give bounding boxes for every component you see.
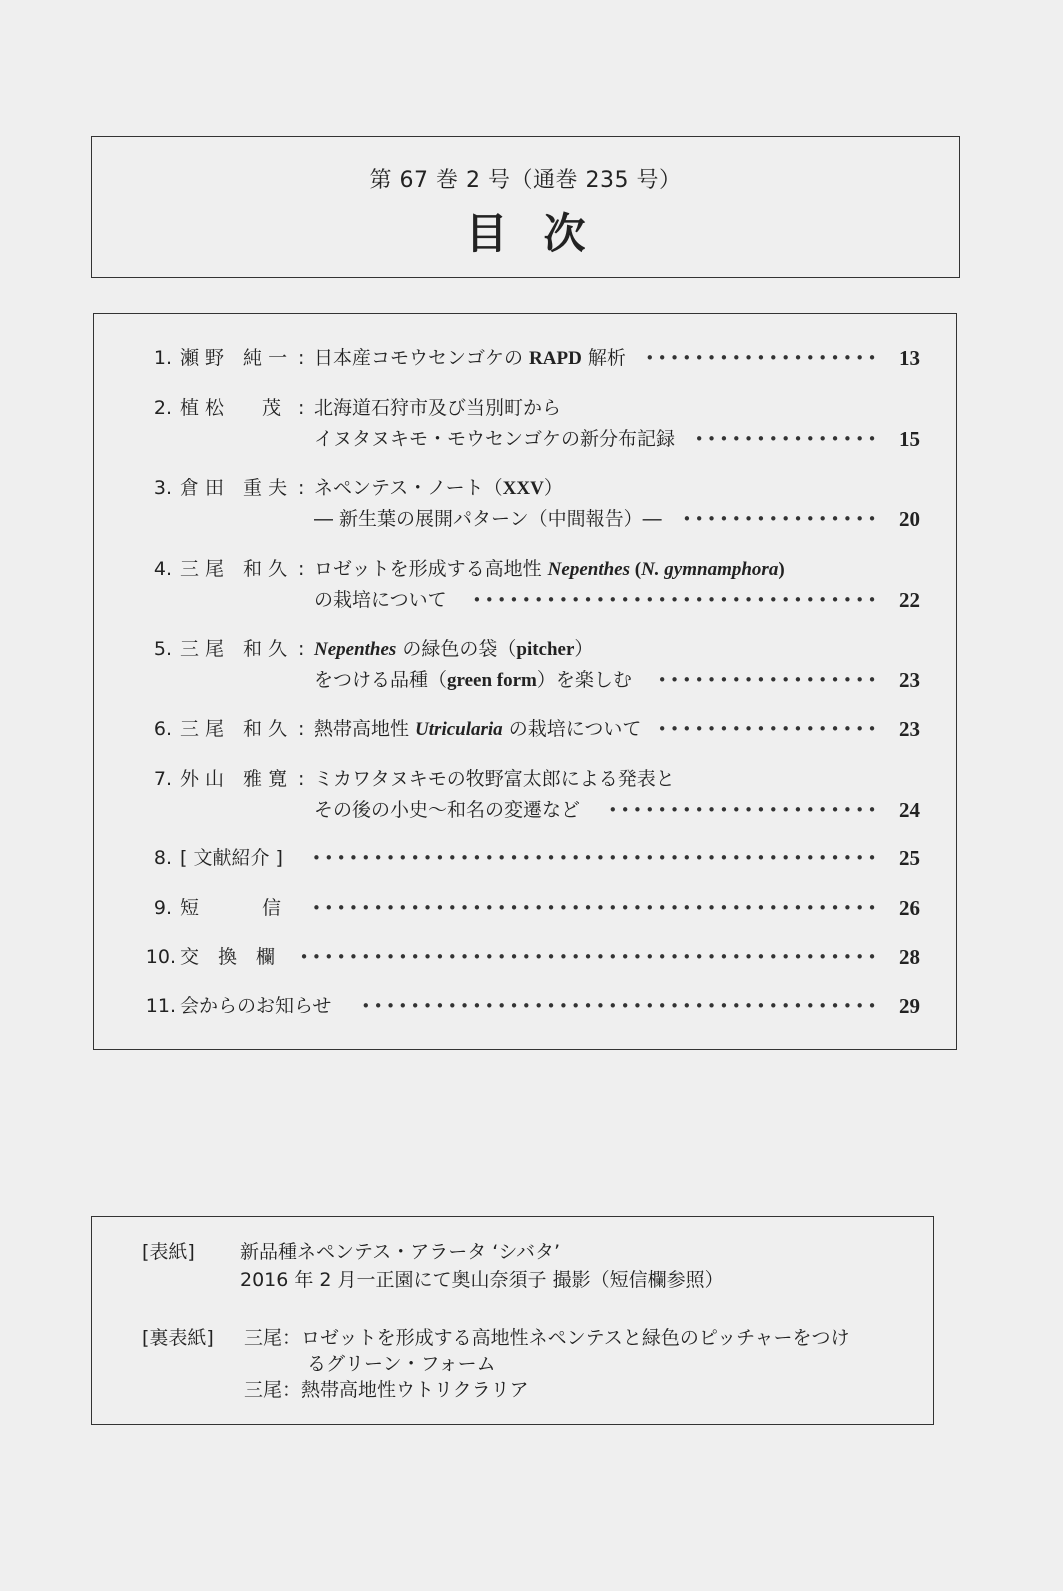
entry-number: 7.: [134, 765, 172, 793]
cover-line-1: 新品種ネペンテス・アラータ ‘シバタ’: [240, 1237, 560, 1264]
title-fragment: ミカワタヌキモの牧野富太郎による発表と: [314, 768, 675, 790]
entry-author: 外 山 雅 寛: [180, 765, 298, 793]
toc-line: 1.瀬 野 純 一:日本産コモウセンゴケの RAPD 解析•••••••••••…: [94, 344, 956, 372]
title-fragment: Nepenthes: [548, 559, 630, 580]
title-fragment: ロゼットを形成する高地性: [314, 558, 548, 580]
author-colon: :: [298, 555, 304, 583]
back-cover-line-2: るグリーン・フォーム: [307, 1349, 496, 1376]
entry-number: 5.: [134, 635, 172, 663]
title-fragment: RAPD: [529, 348, 582, 369]
toc-entry[interactable]: 1.瀬 野 純 一:日本産コモウセンゴケの RAPD 解析•••••••••••…: [94, 344, 956, 375]
title-fragment: green form: [447, 670, 537, 691]
entry-author: 三 尾 和 久: [180, 555, 298, 583]
page-title: 目次: [92, 201, 959, 261]
toc-line: 8.[ 文献紹介 ]••••••••••••••••••••••••••••••…: [94, 844, 956, 872]
table-of-contents: 1.瀬 野 純 一:日本産コモウセンゴケの RAPD 解析•••••••••••…: [93, 313, 957, 1050]
entry-author: 三 尾 和 久: [180, 635, 298, 663]
dot-leader: ••••••••••••••••••••••••••••••••••••••••…: [342, 992, 880, 1020]
title-fragment: ネペンテス・ノート（: [314, 477, 503, 499]
title-fragment: ): [778, 559, 784, 580]
dot-leader: ••••••••••••••••••: [652, 715, 880, 743]
entry-title-line: ネペンテス・ノート（XXV）: [314, 474, 563, 503]
entry-author: 倉 田 重 夫: [180, 474, 298, 502]
entry-number: 8.: [134, 844, 172, 872]
toc-line: 2.植 松 茂:北海道石狩市及び当別町から: [94, 394, 956, 422]
page-number: 28: [890, 943, 920, 971]
dot-leader: ••••••••••••••••••••••••••••••••••••••••…: [286, 943, 880, 971]
entry-title-line: ― 新生葉の展開パターン（中間報告）―: [314, 505, 662, 533]
entry-number: 10.: [130, 943, 176, 971]
dot-leader: •••••••••••••••: [686, 425, 880, 453]
title-fragment: Nepenthes: [314, 639, 396, 660]
entry-label: [ 文献紹介 ]: [180, 844, 283, 872]
toc-entry[interactable]: 6.三 尾 和 久:熱帯高地性 Utricularia の栽培について•••••…: [94, 715, 956, 746]
title-fragment: 熱帯高地性: [314, 718, 415, 740]
title-fragment: ）: [544, 477, 563, 499]
toc-line: の栽培について•••••••••••••••••••••••••••••••••…: [94, 586, 956, 614]
cover-notes-box: [表紙] 新品種ネペンテス・アラータ ‘シバタ’ 2016 年 2 月一正園にて…: [91, 1216, 934, 1425]
entry-number: 9.: [134, 894, 172, 922]
title-fragment: の緑色の袋（: [396, 638, 516, 660]
dot-leader: ••••••••••••••••: [673, 505, 880, 533]
title-fragment: Utricularia: [415, 719, 503, 740]
entry-title-line: イヌタヌキモ・モウセンゴケの新分布記録: [314, 425, 675, 453]
title-fragment: の栽培について: [503, 718, 642, 740]
title-fragment: その後の小史～和名の変遷など: [314, 799, 580, 821]
title-fragment: (: [630, 559, 641, 580]
dot-leader: ••••••••••••••••••: [643, 666, 880, 694]
author-colon: :: [298, 344, 304, 372]
page-number: 23: [890, 715, 920, 743]
title-fragment: 北海道石狩市及び当別町から: [314, 397, 561, 419]
title-fragment: の栽培について: [314, 589, 447, 611]
toc-entry[interactable]: 2.植 松 茂:北海道石狩市及び当別町からイヌタヌキモ・モウセンゴケの新分布記録…: [94, 394, 956, 456]
back-cover-line-1: 三尾：ロゼットを形成する高地性ネペンテスと緑色のピッチャーをつけ: [244, 1323, 850, 1350]
entry-number: 1.: [134, 344, 172, 372]
entry-number: 2.: [134, 394, 172, 422]
entry-author: 三 尾 和 久: [180, 715, 298, 743]
dot-leader: •••••••••••••••••••••••••••••••••: [458, 586, 880, 614]
title-fragment: をつける品種（: [314, 669, 447, 691]
author-colon: :: [298, 474, 304, 502]
entry-author: 瀬 野 純 一: [180, 344, 298, 372]
page-number: 25: [890, 844, 920, 872]
entry-number: 6.: [134, 715, 172, 743]
title-fragment: イヌタヌキモ・モウセンゴケの新分布記録: [314, 428, 675, 450]
cover-line-2: 2016 年 2 月一正園にて奥山奈須子 撮影（短信欄参照）: [240, 1265, 724, 1292]
title-fragment: ― 新生葉の展開パターン（中間報告）―: [314, 508, 662, 530]
cover-label: [表紙]: [142, 1237, 195, 1264]
entry-title-line: 北海道石狩市及び当別町から: [314, 394, 561, 422]
back-cover-line-3: 三尾：熱帯高地性ウトリクラリア: [244, 1375, 529, 1402]
toc-entry[interactable]: 3.倉 田 重 夫:ネペンテス・ノート（XXV）― 新生葉の展開パターン（中間報…: [94, 474, 956, 536]
toc-line: 10.交 換 欄••••••••••••••••••••••••••••••••…: [94, 943, 956, 971]
title-fragment: pitcher: [516, 639, 574, 660]
toc-line: イヌタヌキモ・モウセンゴケの新分布記録•••••••••••••••15: [94, 425, 956, 453]
title-fragment: ）を楽しむ: [537, 669, 632, 691]
toc-line: 4.三 尾 和 久:ロゼットを形成する高地性 Nepenthes (N. gym…: [94, 555, 956, 583]
toc-entry[interactable]: 8.[ 文献紹介 ]••••••••••••••••••••••••••••••…: [94, 844, 956, 875]
entry-title-line: 熱帯高地性 Utricularia の栽培について: [314, 715, 641, 744]
dot-leader: ••••••••••••••••••••••: [591, 796, 880, 824]
toc-line: 5.三 尾 和 久:Nepenthes の緑色の袋（pitcher）: [94, 635, 956, 663]
page-number: 22: [890, 586, 920, 614]
toc-line: をつける品種（green form）を楽しむ••••••••••••••••••…: [94, 666, 956, 694]
author-colon: :: [298, 765, 304, 793]
dot-leader: ••••••••••••••••••••••••••••••••••••••••…: [292, 894, 880, 922]
author-colon: :: [298, 715, 304, 743]
entry-number: 3.: [134, 474, 172, 502]
toc-line: 7.外 山 雅 寛:ミカワタヌキモの牧野富太郎による発表と: [94, 765, 956, 793]
toc-line: その後の小史～和名の変遷など••••••••••••••••••••••24: [94, 796, 956, 824]
toc-entry[interactable]: 5.三 尾 和 久:Nepenthes の緑色の袋（pitcher）をつける品種…: [94, 635, 956, 697]
entry-title-line: Nepenthes の緑色の袋（pitcher）: [314, 635, 593, 664]
toc-entry[interactable]: 10.交 換 欄••••••••••••••••••••••••••••••••…: [94, 943, 956, 974]
title-fragment: 解析: [582, 347, 626, 369]
entry-title-line: その後の小史～和名の変遷など: [314, 796, 580, 824]
author-colon: :: [298, 635, 304, 663]
page-number: 23: [890, 666, 920, 694]
page-number: 24: [890, 796, 920, 824]
page-number: 15: [890, 425, 920, 453]
entry-title-line: をつける品種（green form）を楽しむ: [314, 666, 632, 695]
page-number: 13: [890, 344, 920, 372]
page-number: 20: [890, 505, 920, 533]
page-number: 26: [890, 894, 920, 922]
entry-title-line: ロゼットを形成する高地性 Nepenthes (N. gymnamphora): [314, 555, 785, 584]
entry-title-line: ミカワタヌキモの牧野富太郎による発表と: [314, 765, 675, 793]
dot-leader: •••••••••••••••••••: [637, 344, 880, 372]
title-fragment: XXV: [503, 478, 544, 499]
toc-line: 6.三 尾 和 久:熱帯高地性 Utricularia の栽培について•••••…: [94, 715, 956, 743]
issue-header-box: 第 67 巻 2 号（通巻 235 号） 目次: [91, 136, 960, 278]
back-cover-label: [裏表紙]: [142, 1323, 214, 1350]
toc-entry[interactable]: 11.会からのお知らせ•••••••••••••••••••••••••••••…: [94, 992, 956, 1023]
toc-line: ― 新生葉の展開パターン（中間報告）―••••••••••••••••20: [94, 505, 956, 533]
entry-label: 交 換 欄: [180, 943, 275, 971]
entry-title-line: の栽培について: [314, 586, 447, 614]
entry-author: 植 松 茂: [180, 394, 298, 422]
entry-title-line: 日本産コモウセンゴケの RAPD 解析: [314, 344, 626, 373]
entry-label: 短 信: [180, 894, 281, 922]
toc-entry[interactable]: 7.外 山 雅 寛:ミカワタヌキモの牧野富太郎による発表とその後の小史～和名の変…: [94, 765, 956, 827]
entry-label: 会からのお知らせ: [180, 992, 331, 1020]
title-fragment: N. gymnamphora: [641, 559, 778, 580]
issue-number: 第 67 巻 2 号（通巻 235 号）: [92, 163, 959, 194]
toc-line: 9.短 信•••••••••••••••••••••••••••••••••••…: [94, 894, 956, 922]
title-fragment: 日本産コモウセンゴケの: [314, 347, 529, 369]
toc-line: 11.会からのお知らせ•••••••••••••••••••••••••••••…: [94, 992, 956, 1020]
title-fragment: ）: [574, 638, 593, 660]
toc-entry[interactable]: 4.三 尾 和 久:ロゼットを形成する高地性 Nepenthes (N. gym…: [94, 555, 956, 617]
dot-leader: ••••••••••••••••••••••••••••••••••••••••…: [294, 844, 880, 872]
toc-entry[interactable]: 9.短 信•••••••••••••••••••••••••••••••••••…: [94, 894, 956, 925]
page-number: 29: [890, 992, 920, 1020]
entry-number: 11.: [130, 992, 176, 1020]
entry-number: 4.: [134, 555, 172, 583]
toc-line: 3.倉 田 重 夫:ネペンテス・ノート（XXV）: [94, 474, 956, 502]
author-colon: :: [298, 394, 304, 422]
